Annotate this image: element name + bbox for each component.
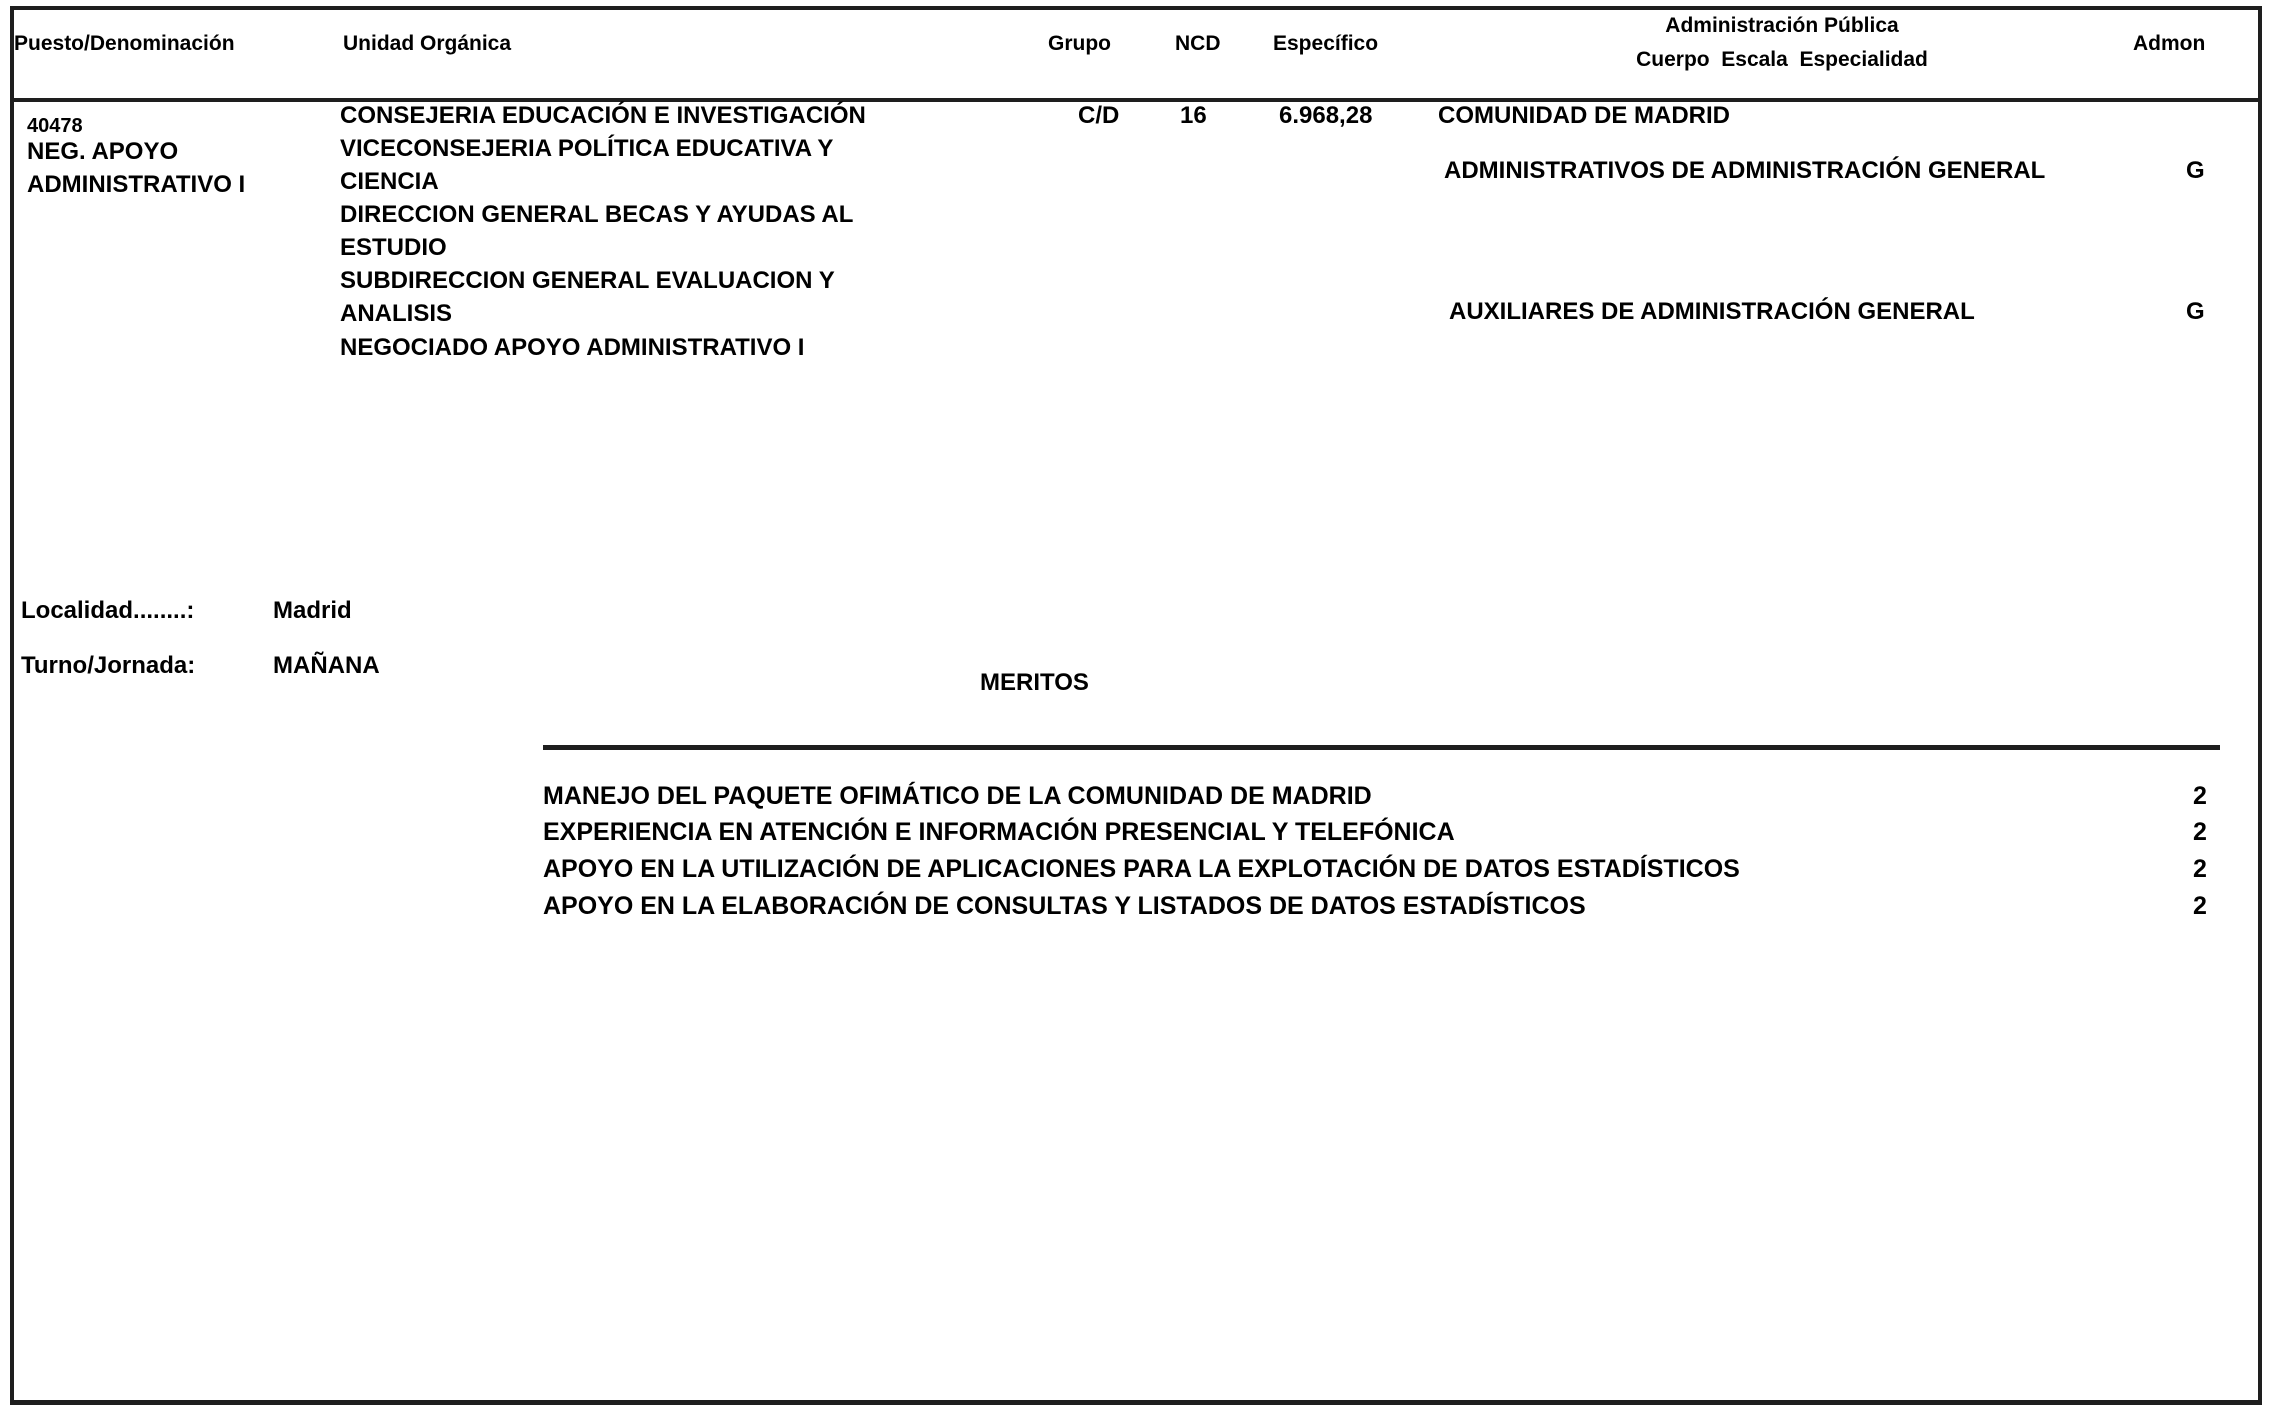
header-admon: Admon	[2133, 33, 2205, 54]
meritos-title: MERITOS	[980, 671, 1089, 695]
unidad-line: VICECONSEJERIA POLÍTICA EDUCATIVA Y	[340, 137, 833, 161]
cuerpo-admon: G	[2186, 159, 2205, 183]
unidad-line: SUBDIRECCION GENERAL EVALUACION Y	[340, 269, 835, 293]
unidad-line: ESTUDIO	[340, 236, 447, 260]
unidad-line: CONSEJERIA EDUCACIÓN E INVESTIGACIÓN	[340, 104, 866, 128]
header-ncd: NCD	[1175, 33, 1221, 54]
merito-description: APOYO EN LA ELABORACIÓN DE CONSULTAS Y L…	[543, 894, 1586, 919]
especifico-value: 6.968,28	[1279, 104, 1372, 128]
puesto-denominacion-line: ADMINISTRATIVO I	[27, 173, 245, 197]
turno-label: Turno/Jornada:	[21, 654, 195, 678]
merito-description: MANEJO DEL PAQUETE OFIMÁTICO DE LA COMUN…	[543, 784, 1372, 809]
ncd-value: 16	[1180, 104, 1207, 128]
merito-points: 2	[2193, 857, 2207, 882]
cuerpo-admon: G	[2186, 300, 2205, 324]
merito-description: APOYO EN LA UTILIZACIÓN DE APLICACIONES …	[543, 857, 1740, 882]
grupo-value: C/D	[1078, 104, 1119, 128]
localidad-label: Localidad........:	[21, 599, 194, 623]
merito-points: 2	[2193, 784, 2207, 809]
turno-value: MAÑANA	[273, 654, 380, 678]
cuerpo-name: ADMINISTRATIVOS DE ADMINISTRACIÓN GENERA…	[1444, 159, 2045, 183]
unidad-line: DIRECCION GENERAL BECAS Y AYUDAS AL	[340, 203, 853, 227]
header-unidad: Unidad Orgánica	[343, 33, 511, 54]
merito-description: EXPERIENCIA EN ATENCIÓN E INFORMACIÓN PR…	[543, 820, 1455, 845]
puesto-codigo: 40478	[27, 116, 83, 136]
localidad-value: Madrid	[273, 599, 352, 623]
unidad-line: ANALISIS	[340, 302, 452, 326]
header-cuerpo-escala: Cuerpo Escala Especialidad	[1582, 49, 1982, 70]
administracion-value: COMUNIDAD DE MADRID	[1438, 104, 1730, 128]
header-admin-publica: Administración Pública	[1582, 15, 1982, 36]
header-grupo: Grupo	[1048, 33, 1111, 54]
meritos-rule	[543, 745, 2220, 750]
unidad-line: NEGOCIADO APOYO ADMINISTRATIVO I	[340, 336, 804, 360]
header-especifico: Específico	[1273, 33, 1378, 54]
header-puesto: Puesto/Denominación	[14, 33, 235, 54]
cuerpo-name: AUXILIARES DE ADMINISTRACIÓN GENERAL	[1449, 300, 1975, 324]
merito-points: 2	[2193, 894, 2207, 919]
puesto-denominacion-line: NEG. APOYO	[27, 140, 178, 164]
unidad-line: CIENCIA	[340, 170, 439, 194]
merito-points: 2	[2193, 820, 2207, 845]
